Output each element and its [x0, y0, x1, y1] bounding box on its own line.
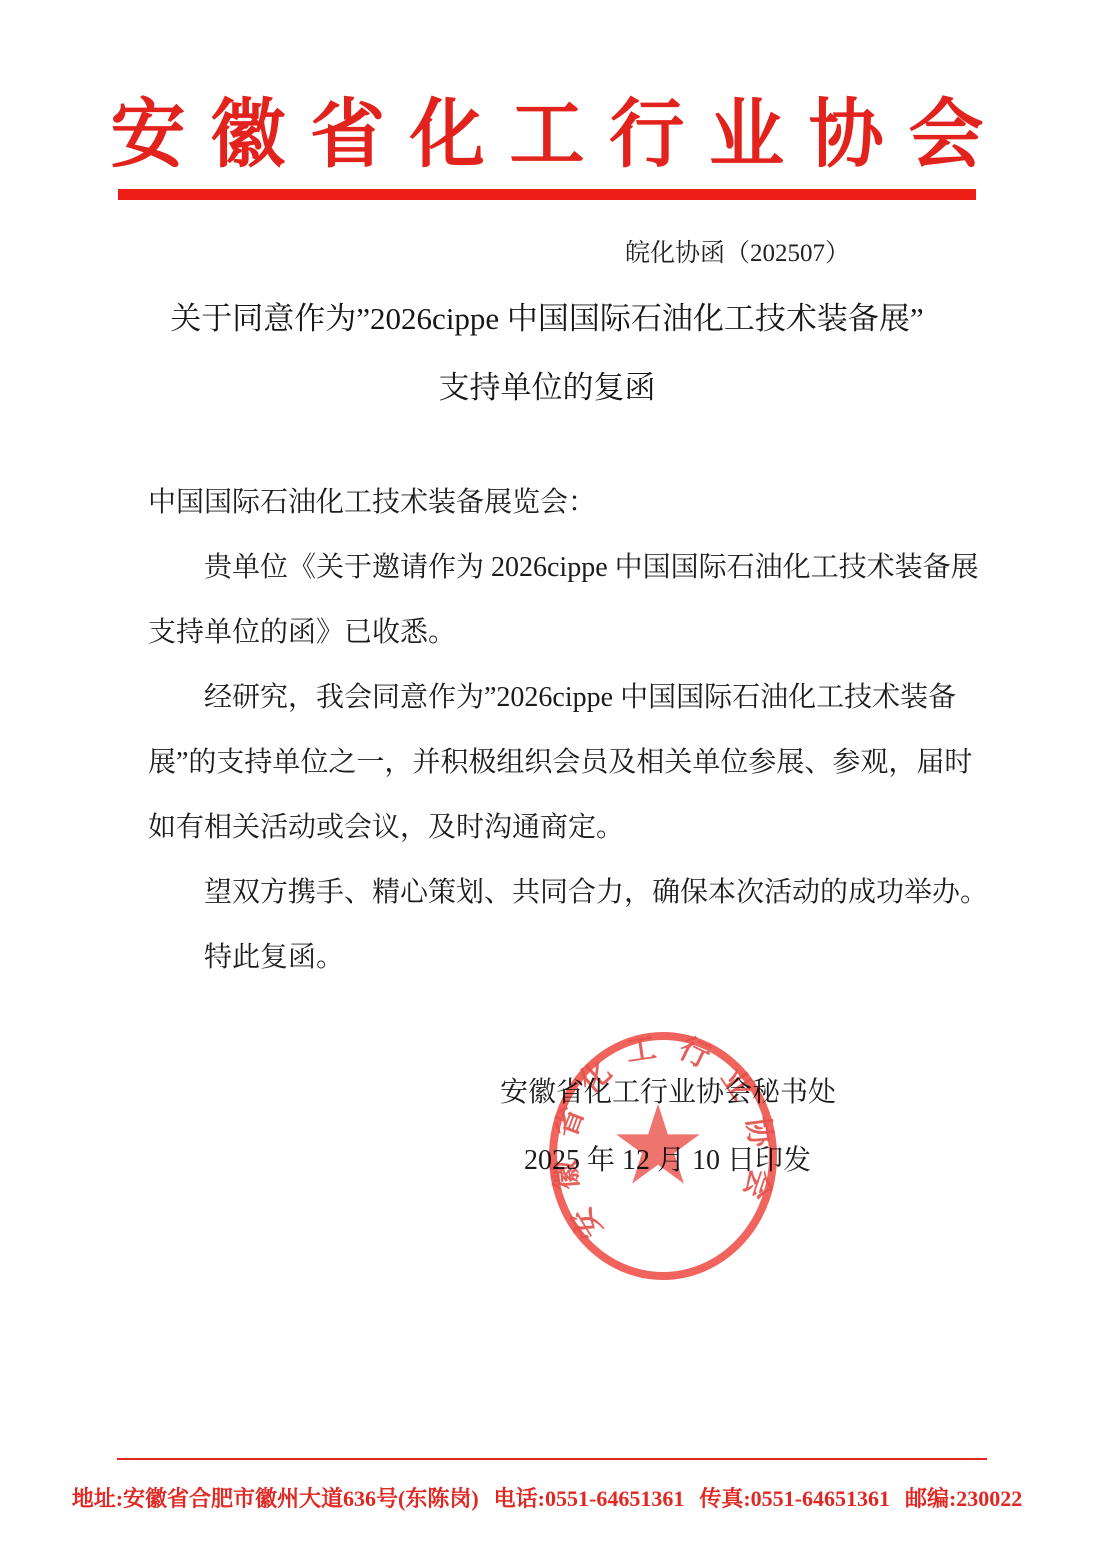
footer-contact-line: 地址:安徽省合肥市徽州大道636号(东陈岗) 电话:0551-64651361 …: [0, 1482, 1094, 1513]
body-line: 如有相关活动或会议，及时沟通商定。: [148, 795, 984, 860]
footer-phone: 电话:0551-64651361: [494, 1482, 685, 1513]
document-reference-number: 皖化协函（202507）: [625, 240, 850, 268]
body-line: 经研究，我会同意作为”2026cippe 中国国际石油化工技术装备: [148, 665, 984, 730]
official-letter-page: 安徽省化工行业协会 皖化协函（202507） 关于同意作为”2026cippe …: [0, 0, 1094, 1548]
signature-date: 2025 年 12 月 10 日印发: [524, 1145, 811, 1177]
footer-divider: [117, 1458, 987, 1460]
body-line: 展”的支持单位之一，并积极组织会员及相关单位参展、参观，届时: [148, 730, 984, 795]
letter-body: 中国国际石油化工技术装备展览会： 贵单位《关于邀请作为 2026cippe 中国…: [148, 470, 984, 990]
body-line-closing: 特此复函。: [148, 925, 984, 990]
seal-ring-text: 安徽省化工行业协会: [548, 1030, 778, 1244]
seal-ring-text-holder: 安徽省化工行业协会: [548, 1030, 778, 1244]
footer-address: 地址:安徽省合肥市徽州大道636号(东陈岗): [72, 1482, 479, 1513]
body-line: 望双方携手、精心策划、共同合力，确保本次活动的成功举办。: [148, 860, 984, 925]
body-line-salutation: 中国国际石油化工技术装备展览会：: [148, 470, 984, 535]
letterhead-divider: [118, 189, 976, 200]
title-line-2: 支持单位的复函: [0, 353, 1094, 422]
title-line-1: 关于同意作为”2026cippe 中国国际石油化工技术装备展”: [0, 284, 1094, 353]
footer-fax: 传真:0551-64651361: [699, 1482, 890, 1513]
footer-zip: 邮编:230022: [905, 1482, 1022, 1513]
body-line: 贵单位《关于邀请作为 2026cippe 中国国际石油化工技术装备展: [148, 535, 984, 600]
signature-org: 安徽省化工行业协会秘书处: [500, 1077, 836, 1109]
letterhead-org-name: 安徽省化工行业协会: [0, 86, 1094, 186]
document-title: 关于同意作为”2026cippe 中国国际石油化工技术装备展” 支持单位的复函: [0, 284, 1094, 422]
body-line: 支持单位的函》已收悉。: [148, 600, 984, 665]
